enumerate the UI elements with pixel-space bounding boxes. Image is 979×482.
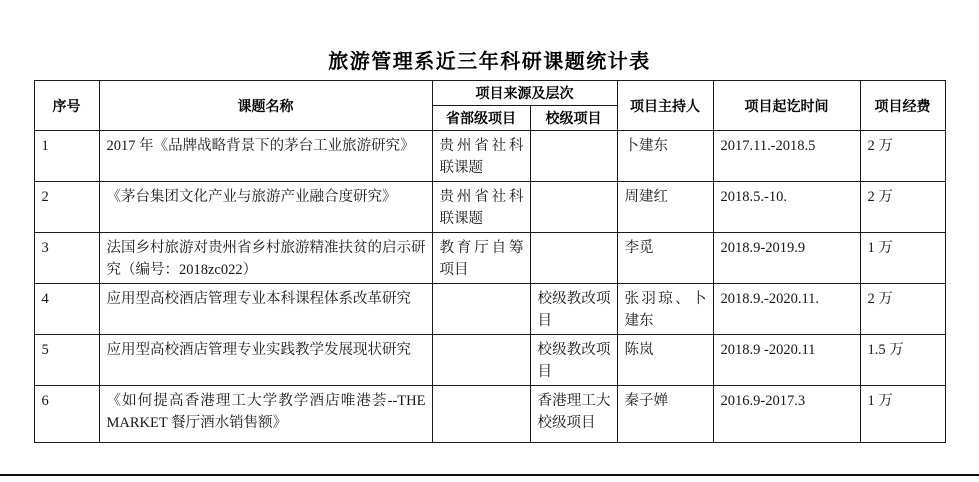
cell-duration: 2018.9.-2020.11.	[713, 284, 860, 335]
header-source-group: 项目来源及层次	[432, 81, 617, 106]
table-row: 6 《如何提高香港理工大学教学酒店唯港荟--THE MARKET 餐厅酒水销售额…	[34, 386, 945, 443]
header-name: 课题名称	[99, 81, 432, 131]
cell-name: 《茅台集团文化产业与旅游产业融合度研究》	[99, 182, 432, 233]
cell-school: 校级教改项目	[530, 335, 617, 386]
cell-name: 应用型高校酒店管理专业实践教学发展现状研究	[99, 335, 432, 386]
cell-leader: 李觅	[617, 233, 713, 284]
cell-funding: 2 万	[860, 284, 945, 335]
cell-leader: 陈岚	[617, 335, 713, 386]
table-row: 5 应用型高校酒店管理专业实践教学发展现状研究 校级教改项目 陈岚 2018.9…	[34, 335, 945, 386]
table-row: 3 法国乡村旅游对贵州省乡村旅游精准扶贫的启示研究（编号：2018zc022） …	[34, 233, 945, 284]
document-page: { "title": "旅游管理系近三年科研课题统计表", "table": {…	[0, 0, 979, 482]
header-row-top: 序号 课题名称 项目来源及层次 项目主持人 项目起讫时间 项目经费	[34, 81, 945, 106]
research-projects-table: 序号 课题名称 项目来源及层次 项目主持人 项目起讫时间 项目经费 省部级项目 …	[34, 80, 946, 443]
cell-provincial: 教育厅自筹项目	[432, 233, 530, 284]
table-row: 1 2017 年《品牌战略背景下的茅台工业旅游研究》 贵州省社科联课题 卜建东 …	[34, 131, 945, 182]
cell-index: 5	[34, 335, 99, 386]
cell-provincial	[432, 386, 530, 443]
cell-duration: 2017.11.-2018.5	[713, 131, 860, 182]
cell-provincial: 贵州省社科联课题	[432, 131, 530, 182]
cell-funding: 1 万	[860, 233, 945, 284]
cell-duration: 2018.5.-10.	[713, 182, 860, 233]
cell-school	[530, 131, 617, 182]
cell-duration: 2018.9 -2020.11	[713, 335, 860, 386]
cell-funding: 1.5 万	[860, 335, 945, 386]
table-row: 4 应用型高校酒店管理专业本科课程体系改革研究 校级教改项目 张羽琼、卜建东 2…	[34, 284, 945, 335]
cell-provincial	[432, 335, 530, 386]
cell-name: 应用型高校酒店管理专业本科课程体系改革研究	[99, 284, 432, 335]
header-leader: 项目主持人	[617, 81, 713, 131]
cell-leader: 周建红	[617, 182, 713, 233]
cell-name: 法国乡村旅游对贵州省乡村旅游精准扶贫的启示研究（编号：2018zc022）	[99, 233, 432, 284]
table-row: 2 《茅台集团文化产业与旅游产业融合度研究》 贵州省社科联课题 周建红 2018…	[34, 182, 945, 233]
header-provincial: 省部级项目	[432, 106, 530, 131]
cell-leader: 秦子婵	[617, 386, 713, 443]
header-index: 序号	[34, 81, 99, 131]
cell-index: 4	[34, 284, 99, 335]
cell-leader: 张羽琼、卜建东	[617, 284, 713, 335]
cell-leader: 卜建东	[617, 131, 713, 182]
cell-duration: 2018.9-2019.9	[713, 233, 860, 284]
cell-name: 《如何提高香港理工大学教学酒店唯港荟--THE MARKET 餐厅酒水销售额》	[99, 386, 432, 443]
cell-duration: 2016.9-2017.3	[713, 386, 860, 443]
cell-school	[530, 233, 617, 284]
cell-funding: 2 万	[860, 182, 945, 233]
cell-provincial	[432, 284, 530, 335]
header-school: 校级项目	[530, 106, 617, 131]
header-funding: 项目经费	[860, 81, 945, 131]
cell-funding: 1 万	[860, 386, 945, 443]
cell-provincial: 贵州省社科联课题	[432, 182, 530, 233]
cell-index: 3	[34, 233, 99, 284]
cell-school: 香港理工大校级项目	[530, 386, 617, 443]
cell-school	[530, 182, 617, 233]
cell-index: 6	[34, 386, 99, 443]
cell-index: 1	[34, 131, 99, 182]
page-title: 旅游管理系近三年科研课题统计表	[0, 45, 979, 74]
window-bottom-edge	[0, 474, 979, 476]
cell-index: 2	[34, 182, 99, 233]
cell-school: 校级教改项目	[530, 284, 617, 335]
header-duration: 项目起讫时间	[713, 81, 860, 131]
cell-funding: 2 万	[860, 131, 945, 182]
cell-name: 2017 年《品牌战略背景下的茅台工业旅游研究》	[99, 131, 432, 182]
